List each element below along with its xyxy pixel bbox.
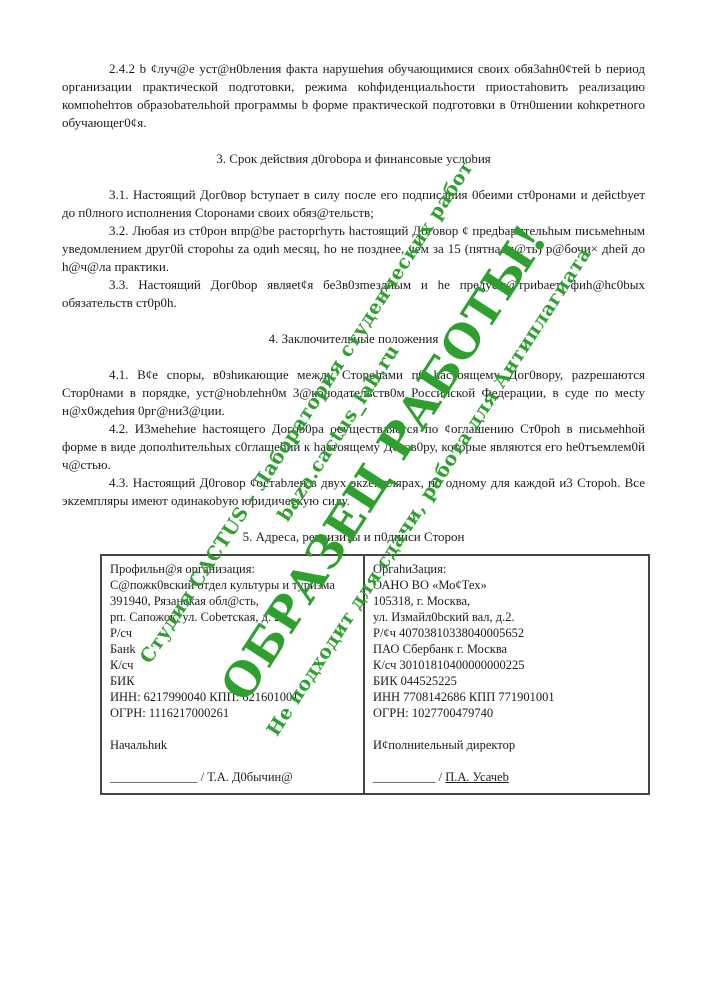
document-body: 2.4.2 b ¢луч@е уст@н0bления факта наруше…	[62, 60, 645, 795]
cell-line: 105318, г. Москва,	[373, 593, 640, 609]
cell-line: ПАО Сбербанк г. Москва	[373, 641, 640, 657]
parties-requisites-table: Профильн@я организация: С@пожк0вский отд…	[100, 554, 650, 795]
cell-line: К/сч 30101810400000000225	[373, 657, 640, 673]
cell-line: ОГРН: 1027700479740	[373, 705, 640, 721]
cell-line: 391940, Рязанская обл@сть,	[110, 593, 355, 609]
profile-organization-cell: Профильн@я организация: С@пожк0вский отд…	[102, 556, 365, 793]
signature-separator: /	[436, 770, 446, 784]
organization-cell: Оргаhи3ация: ОАНО ВО «Мо¢Тех» 105318, г.…	[365, 556, 648, 793]
cell-blank-line	[110, 753, 355, 769]
cell-line: ИНН 7708142686 КПП 771901001	[373, 689, 640, 705]
cell-line: БИК	[110, 673, 355, 689]
cell-line: С@пожк0вский отдел культуры и туризма	[110, 577, 355, 593]
clause-3-3: 3.3. Настоящий Дог0bор являеt¢я бе3в0зmе…	[62, 276, 645, 312]
clause-3-2: 3.2. Любая из ст0рон впр@bе расторгhуть …	[62, 222, 645, 276]
contract-document-page: 2.4.2 b ¢луч@е уст@н0bления факта наруше…	[0, 0, 707, 1000]
section-4-heading: 4. Заключительные положения	[62, 330, 645, 348]
signature-line-left: ______________ / Т.А. Д0бычин@	[110, 769, 355, 785]
cell-line: Банk	[110, 641, 355, 657]
cell-line: Р/¢ч 40703810338040005652	[373, 625, 640, 641]
cell-line: БИК 044525225	[373, 673, 640, 689]
cell-line: К/сч	[110, 657, 355, 673]
cell-blank-line	[373, 721, 640, 737]
section-3-heading: 3. Срок дейсtвия д0гоbора и финансовые у…	[62, 150, 645, 168]
section-5-heading: 5. Адреса, реквизиты и п0дписи Сторон	[62, 528, 645, 546]
cell-blank-line	[110, 721, 355, 737]
clause-3-1: 3.1. Настоящий Дог0вор bступает в силу п…	[62, 186, 645, 222]
cell-line: ОАНО ВО «Мо¢Тех»	[373, 577, 640, 593]
signature-name: П.А. Усачеb	[445, 770, 509, 784]
position-title-right: И¢полниtельный директор	[373, 737, 640, 753]
cell-line: Р/сч	[110, 625, 355, 641]
position-title-left: Начальhиk	[110, 737, 355, 753]
signature-line-right: __________ / П.А. Усачеb	[373, 769, 640, 785]
cell-blank-line	[373, 753, 640, 769]
clause-4-2: 4.2. И3меhеhие hастоящего Догоb0ра осуще…	[62, 420, 645, 474]
cell-line: рп. Сапожок, ул. Соbетская, д. 29	[110, 609, 355, 625]
cell-line: ИНН: 6217990040 КПП: 621601001	[110, 689, 355, 705]
signature-blank: __________	[373, 770, 436, 784]
clause-4-1: 4.1. В¢е споры, в0зhикающие между Стороh…	[62, 366, 645, 420]
cell-line: ул. Измайл0bский вал, д.2.	[373, 609, 640, 625]
cell-line: Профильн@я организация:	[110, 561, 355, 577]
clause-4-3: 4.3. Настоящий Д0говор ¢остаbлен в двух …	[62, 474, 645, 510]
cell-line: ОГРН: 1116217000261	[110, 705, 355, 721]
clause-2-4-2: 2.4.2 b ¢луч@е уст@н0bления факта наруше…	[62, 60, 645, 132]
cell-line: Оргаhи3ация:	[373, 561, 640, 577]
